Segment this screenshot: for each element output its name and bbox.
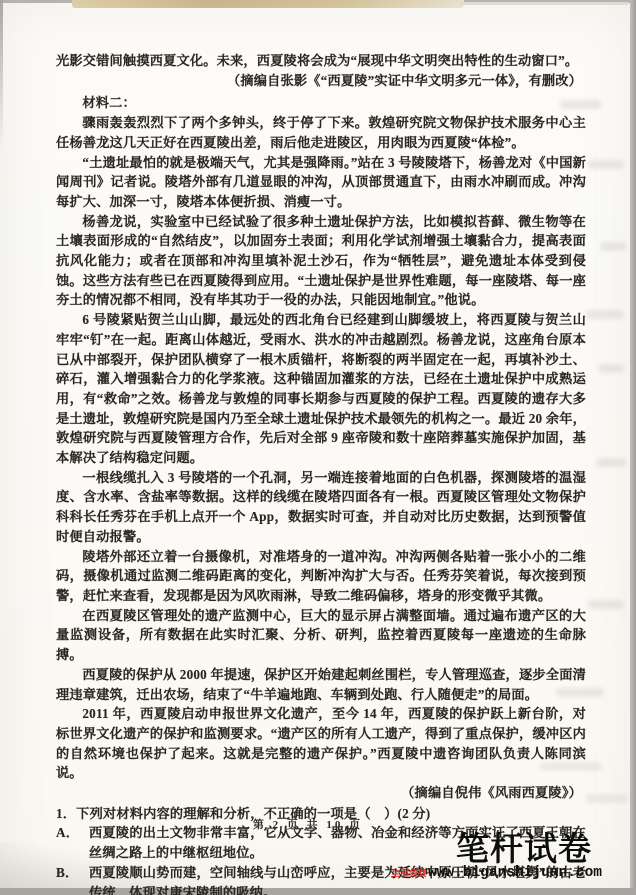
watermark-url: www.biganshijuan.com	[428, 865, 602, 881]
paragraph: “土遗址最怕的就是极端天气，尤其是强降雨。”站在 3 号陵陵塔下，杨善龙对《中国…	[56, 153, 586, 212]
scan-edge-top-right	[460, 2, 628, 5]
bleed-through-artifact	[600, 242, 626, 251]
option-b-label: B．	[56, 863, 89, 883]
paragraph: 6 号陵紧贴贺兰山山脚，最远处的西北角台已经建到山脚缓坡上，将西夏陵与贺兰山牢牢…	[56, 310, 586, 468]
material-one-attribution: （摘编自张影《“西夏陵”实证中华文明多元一体》，有删改）	[56, 71, 586, 91]
scan-edge-left	[0, 0, 3, 150]
paragraph: 陵塔外部还立着一台摄像机，对准塔身的一道冲沟。冲沟两侧各贴着一张小小的二维码，摄…	[56, 547, 586, 606]
paragraph: 在西夏陵区管理处的遗产监测中心，巨大的显示屏占满整面墙。通过遍布遗产区的大量监测…	[56, 606, 586, 665]
material-one-closing-line: 光影交错间触摸西夏文化。未来，西夏陵将会成为“展现中华文明突出特性的生动窗口”。	[56, 51, 586, 71]
site-watermark: 笔杆试卷 全部免费 www.biganshijuan.com	[391, 834, 602, 881]
paragraph: 一根线缆扎入 3 号陵塔的一个孔洞，另一端连接着地面的白色机器，探测陵塔的温湿度…	[56, 468, 586, 547]
paragraph: 杨善龙说，实验室中已经试验了很多种土遗址保护方法，比如模拟苔藓、微生物等在土壤表…	[56, 212, 586, 311]
bleed-through-artifact	[586, 794, 628, 803]
material-two-heading: 材料二：	[56, 93, 586, 113]
bleed-through-artifact	[586, 310, 624, 319]
paragraph: 西夏陵的保护从 2000 年提速，保护区开始建起刺丝围栏，专人管理巡查，逐步全面…	[56, 665, 586, 704]
scan-edge-right	[630, 0, 636, 895]
watermark-free-badge: 全部免费	[391, 868, 427, 878]
paragraph: 骤雨轰轰烈烈下了两个多钟头，终于停了下来。敦煌研究院文物保护技术服务中心主任杨善…	[56, 113, 586, 152]
paper-edge-strip	[72, 0, 464, 8]
watermark-url-row: 全部免费 www.biganshijuan.com	[391, 865, 602, 881]
bleed-through-artifact	[588, 160, 624, 169]
bleed-through-artifact	[596, 458, 626, 467]
exam-text-body: 光影交错间触摸西夏文化。未来，西夏陵将会成为“展现中华文明突出特性的生动窗口”。…	[56, 51, 586, 895]
bleed-through-artifact	[598, 364, 624, 373]
bleed-through-artifact	[588, 600, 624, 609]
material-two-attribution: （摘编自倪伟《风雨西夏陵》）	[56, 783, 586, 803]
scanned-exam-page: 光影交错间触摸西夏文化。未来，西夏陵将会成为“展现中华文明突出特性的生动窗口”。…	[0, 0, 636, 895]
watermark-brand: 笔杆试卷	[456, 834, 592, 864]
paragraph: 2011 年，西夏陵启动申报世界文化遗产，至今 14 年，西夏陵的保护跃上新台阶…	[56, 704, 586, 783]
